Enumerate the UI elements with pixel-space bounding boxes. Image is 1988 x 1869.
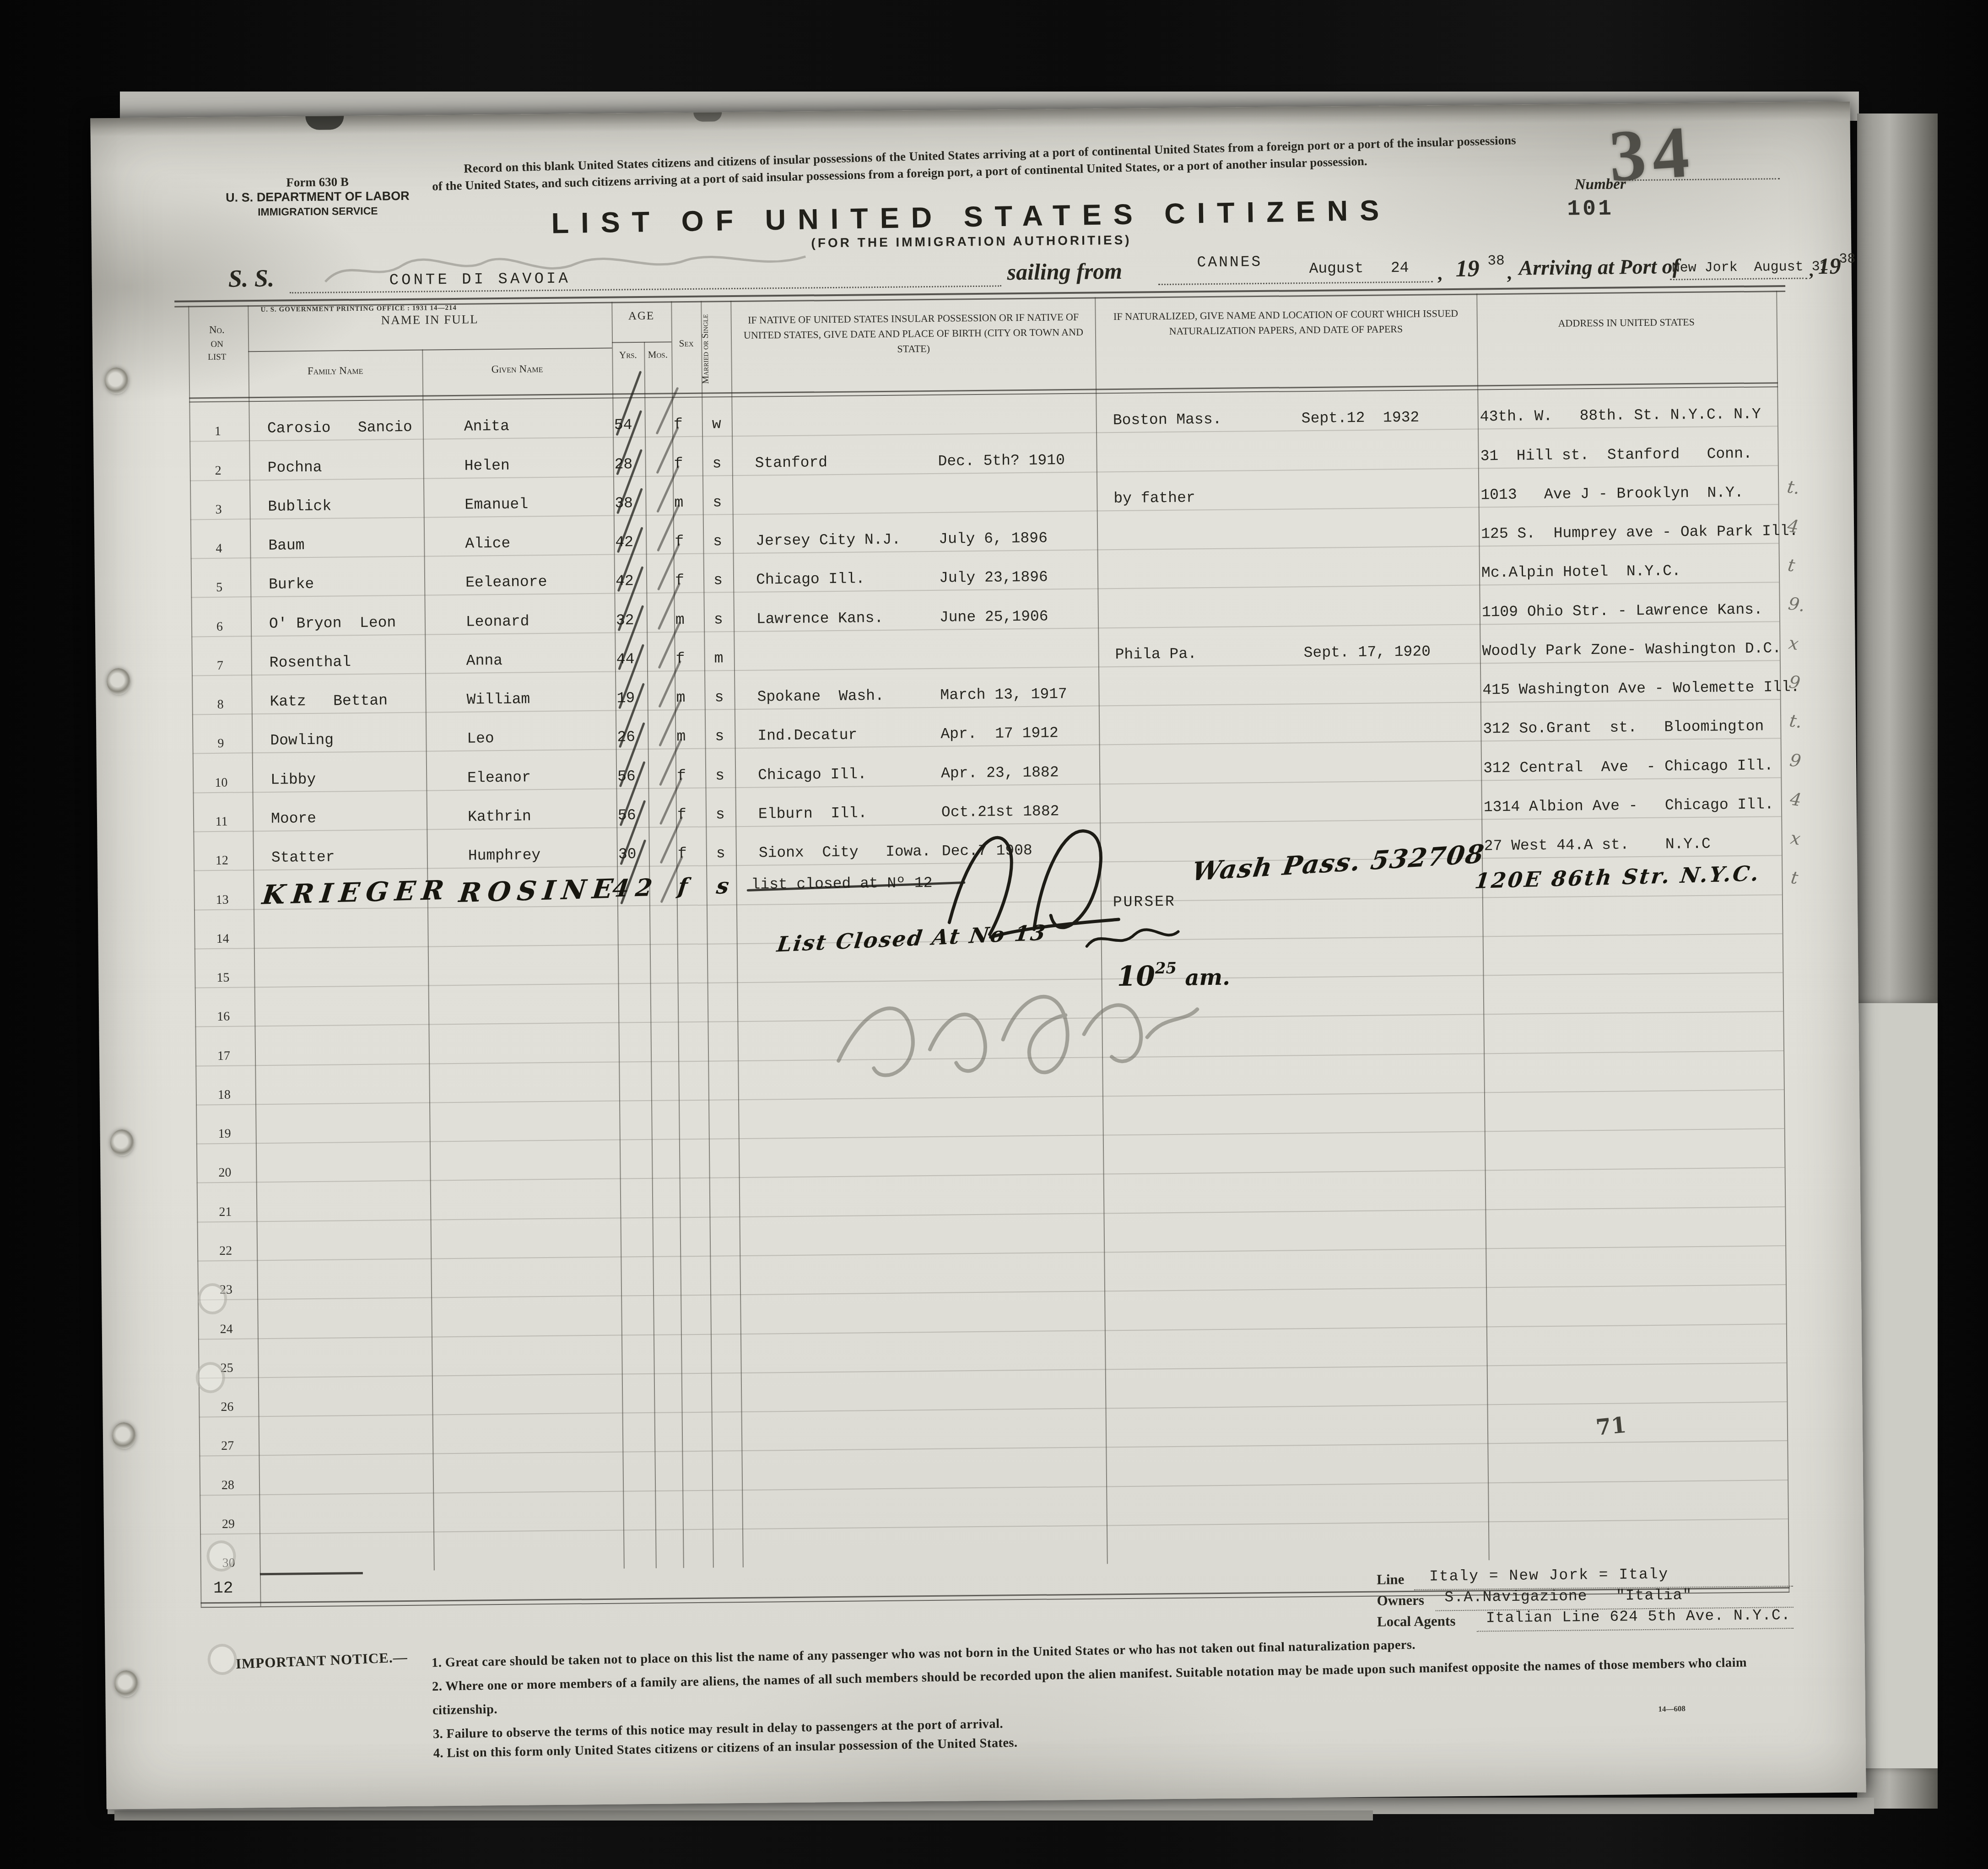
embossed-ring bbox=[206, 1540, 236, 1572]
embossed-ring bbox=[207, 1644, 237, 1675]
manifest-sheet: Form 630 B U. S. DEPARTMENT OF LABOR IMM… bbox=[90, 102, 1866, 1810]
punch-hole bbox=[105, 367, 129, 394]
punch-hole bbox=[107, 668, 131, 695]
notice-heading: IMPORTANT NOTICE.— bbox=[235, 1649, 408, 1672]
punch-hole bbox=[114, 1670, 139, 1697]
photographed-document-scan: Form 630 B U. S. DEPARTMENT OF LABOR IMM… bbox=[0, 0, 1988, 1869]
punch-hole bbox=[110, 1129, 135, 1156]
embossed-ring bbox=[198, 1283, 227, 1315]
punch-hole bbox=[112, 1422, 136, 1449]
bottom-print-code: 14—608 bbox=[1658, 1704, 1685, 1714]
notice-block: IMPORTANT NOTICE.— 1. Great care should … bbox=[83, 94, 1873, 1817]
embossed-ring bbox=[195, 1362, 225, 1394]
